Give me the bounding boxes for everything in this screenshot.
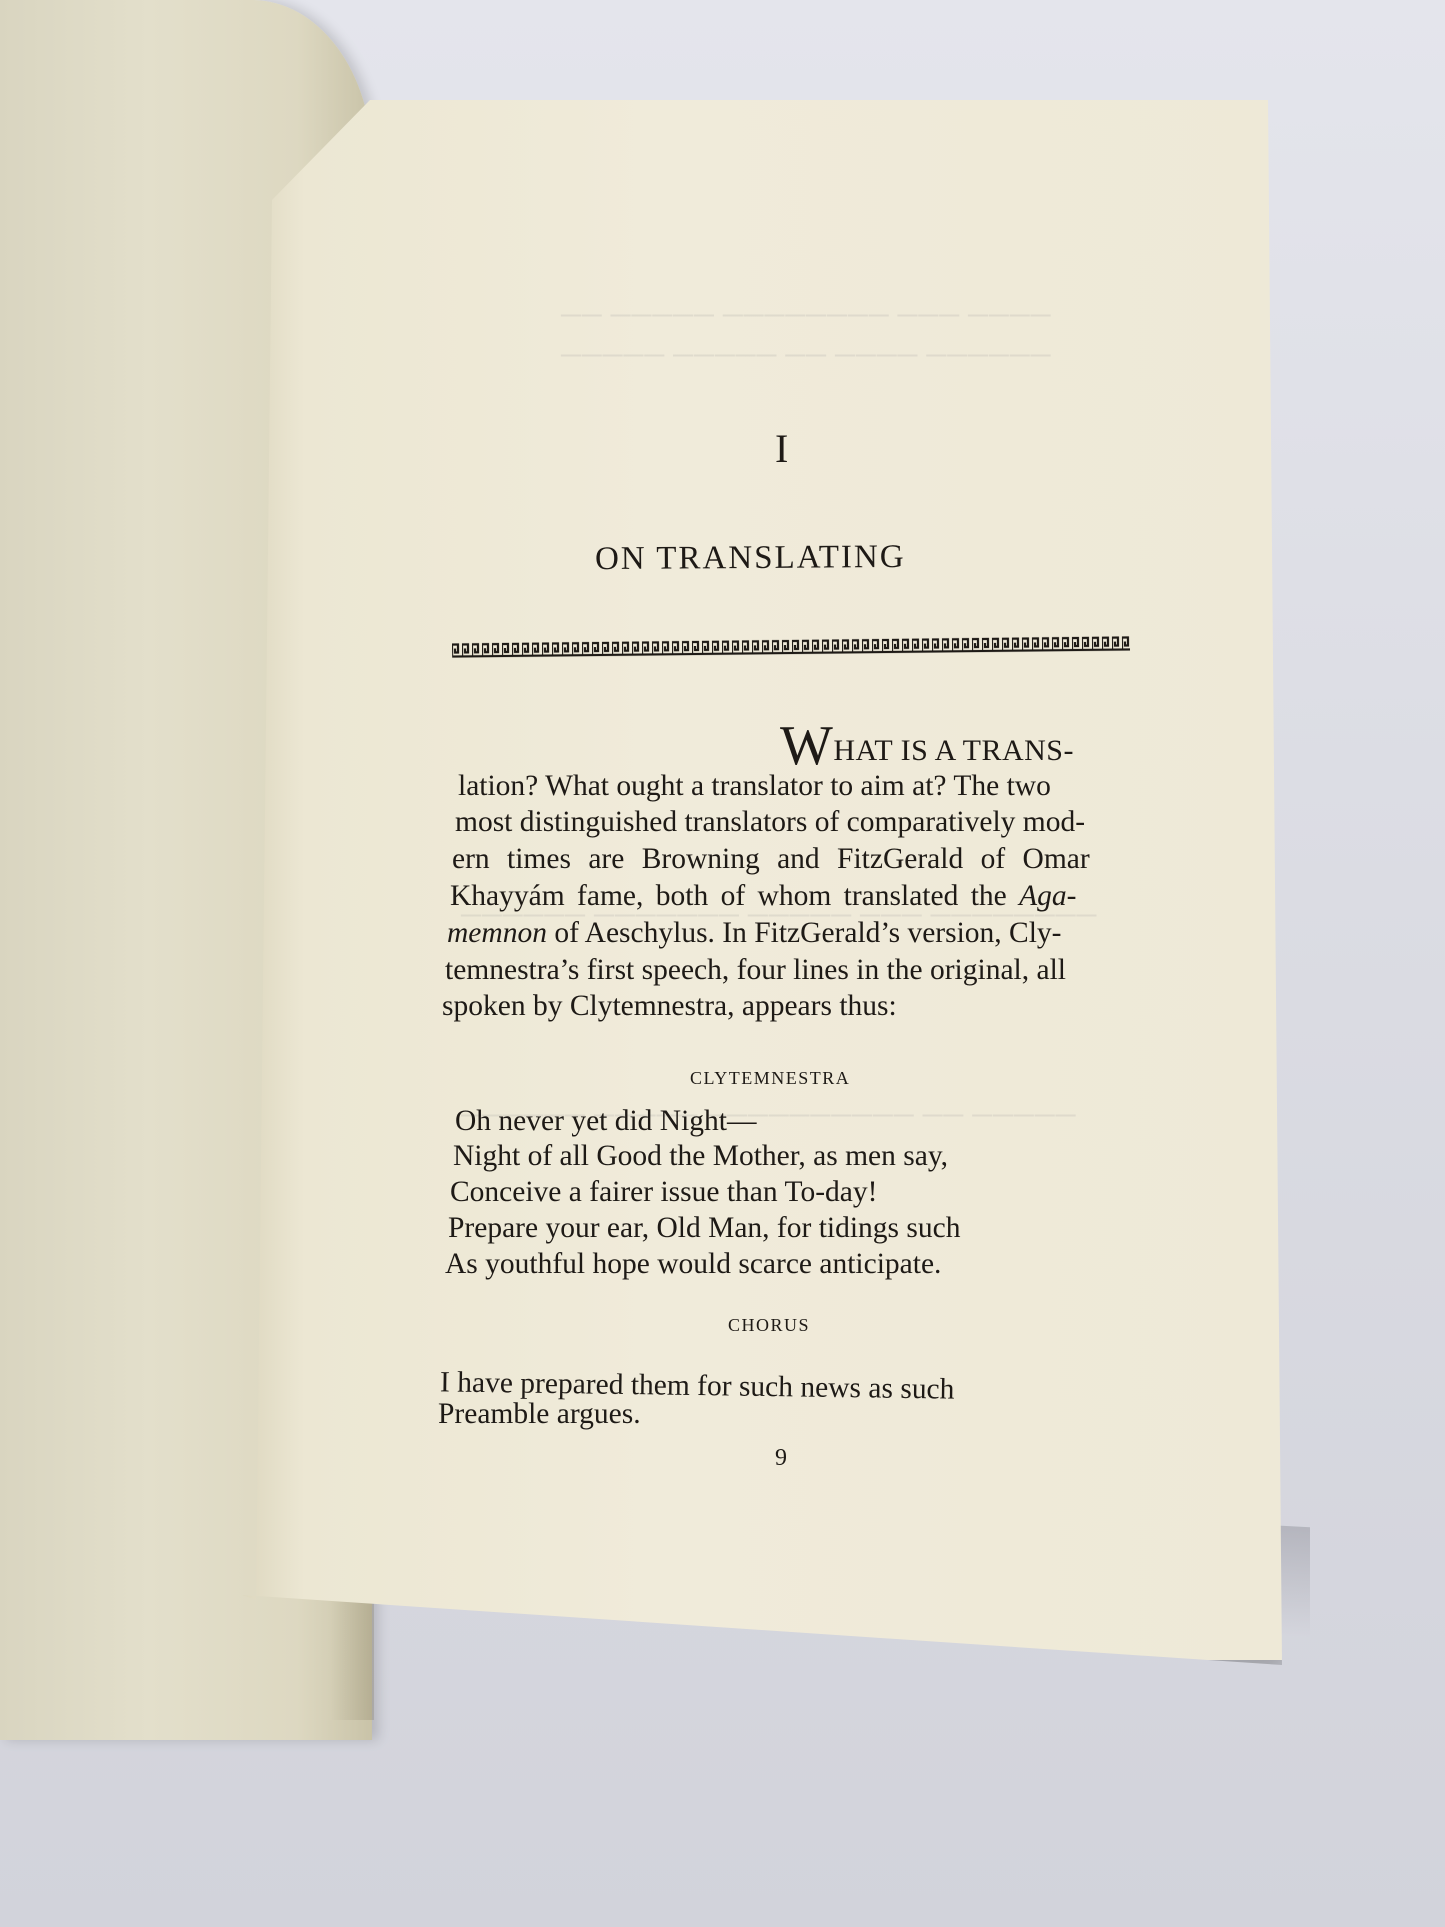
body-line: Khayyám fame, both of whom translated th… [450, 880, 1076, 913]
speaker-label: CLYTEMNESTRA [690, 1068, 850, 1089]
page-number: 9 [775, 1445, 787, 1472]
body-line: temnestra’s first speech, four lines in … [445, 954, 1066, 987]
italic-title: memnon [447, 917, 547, 949]
drop-cap: W [780, 715, 833, 777]
verse-line: Preamble argues. [438, 1398, 641, 1431]
body-line: lation? What ought a translator to aim a… [458, 770, 1051, 803]
italic-title: Aga- [1019, 880, 1076, 912]
body-line-text: of Aeschylus. In FitzGerald’s version, C… [554, 917, 1061, 949]
verse-line: As youthful hope would scarce anticipate… [445, 1248, 941, 1281]
page-content: I ON TRANSLATING WHAT IS A TRANS- lation… [0, 0, 1445, 1927]
verse-line: Conceive a fairer issue than To-day! [450, 1176, 877, 1209]
body-line: most distinguished translators of compar… [455, 806, 1085, 839]
chapter-title: ON TRANSLATING [595, 539, 906, 578]
body-line: spoken by Clytemnestra, appears thus: [442, 990, 897, 1023]
body-line: memnon of Aeschylus. In FitzGerald’s ver… [447, 917, 1062, 950]
verse-line: Prepare your ear, Old Man, for tidings s… [448, 1212, 960, 1245]
body-line: ern times are Browning and FitzGerald of… [452, 843, 1090, 876]
opening-line: WHAT IS A TRANS- [780, 718, 1074, 774]
chapter-numeral: I [775, 425, 788, 472]
body-line-text: Khayyám fame, both of whom translated th… [450, 880, 1007, 912]
greek-key-ornament-icon [452, 631, 1130, 660]
opening-line-rest: HAT IS A TRANS- [833, 734, 1074, 767]
verse-line: Night of all Good the Mother, as men say… [453, 1140, 948, 1173]
verse-line: Oh never yet did Night— [455, 1105, 757, 1138]
speaker-label: CHORUS [728, 1315, 810, 1336]
